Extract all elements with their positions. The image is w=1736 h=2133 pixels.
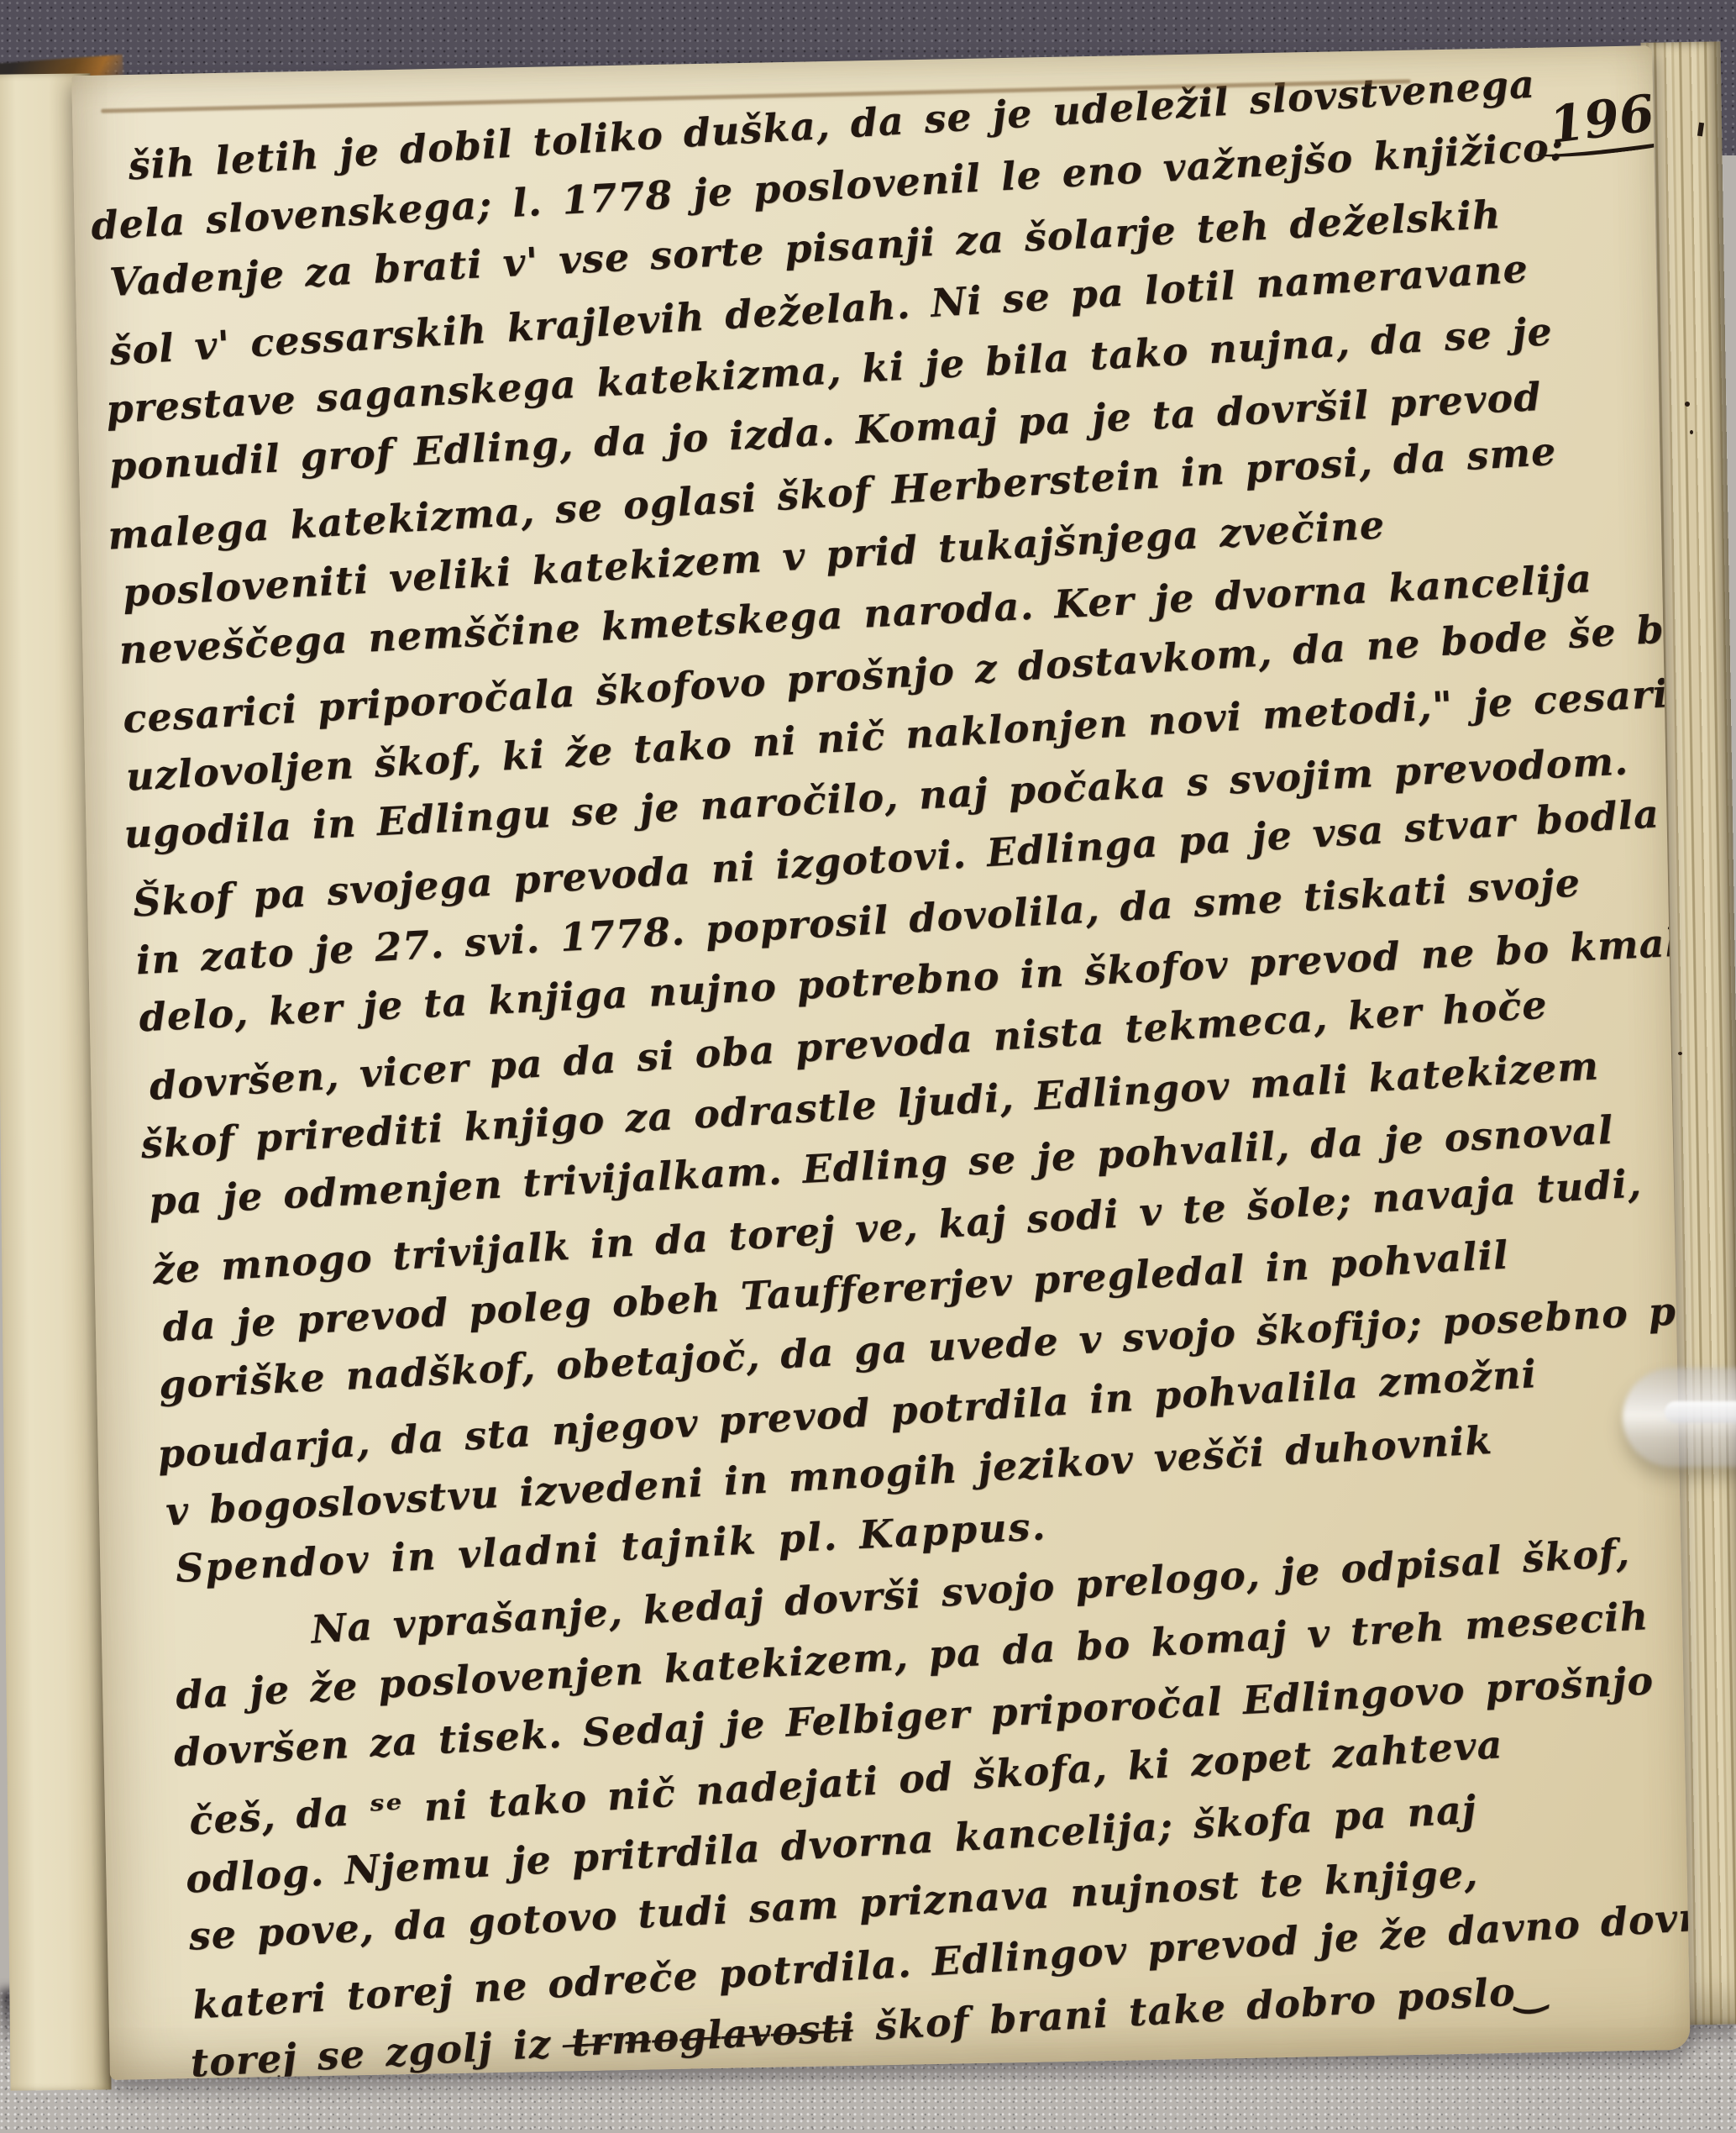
manuscript-page: 196 ših letih je dobil toliko duška, da …: [71, 45, 1690, 2080]
photograph-of-manuscript-page: { "document": { "kind": "handwritten man…: [0, 0, 1736, 2133]
ink-speck: [1690, 430, 1693, 434]
ink-speck: [1685, 402, 1690, 407]
glass-rod-highlight: [1665, 1401, 1736, 1423]
manuscript-lines: ših letih je dobil toliko duška, da se j…: [92, 48, 1691, 2080]
ink-speck: [1678, 1052, 1682, 1055]
